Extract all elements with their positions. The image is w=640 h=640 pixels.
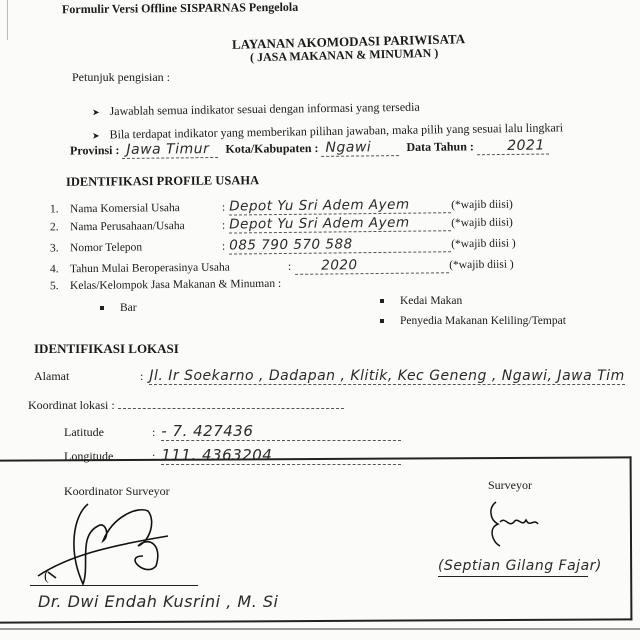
page-bottom-edge xyxy=(0,628,640,630)
surveyor-label: Surveyor xyxy=(488,478,532,493)
tahun-label: Data Tahun : xyxy=(406,139,474,154)
latitude-input[interactable]: - 7. 427436 xyxy=(161,422,401,441)
region-row: Provinsi : Jawa Timur Kota/Kabupaten : N… xyxy=(70,137,553,159)
field-nama-perusahaan: 2.Nama Perusahaan/Usaha:Depot Yu Sri Ade… xyxy=(50,214,513,236)
location-heading: IDENTIFIKASI LOKASI xyxy=(34,341,179,357)
alamat-input[interactable]: Jl. Ir Soekarno , Dadapan , Klitik, Kec … xyxy=(149,368,624,385)
field-kelas: 5.Kelas/Kelompok Jasa Makanan & Minuman … xyxy=(50,278,281,292)
arrow-bullet-icon: ➤ xyxy=(92,107,100,118)
provinsi-label: Provinsi : xyxy=(70,143,120,158)
provinsi-field[interactable]: Jawa Timur xyxy=(122,141,218,159)
nomor-telepon-input[interactable]: 085 790 570 588 xyxy=(229,235,451,254)
koordinat-input[interactable] xyxy=(118,398,344,409)
tahun-mulai-input[interactable]: 2020 xyxy=(295,256,449,275)
nama-perusahaan-input[interactable]: Depot Yu Sri Adem Ayem xyxy=(229,214,451,233)
instruction-item: ➤Jawablah semua indikator sesuai dengan … xyxy=(92,100,420,120)
kota-label: Kota/Kabupaten : xyxy=(225,141,318,156)
field-alamat: Alamat:Jl. Ir Soekarno , Dadapan , Kliti… xyxy=(34,368,625,385)
instructions-label: Petunjuk pengisian : xyxy=(72,70,170,85)
form-subtitle: ( JASA MAKANAN & MINUMAN ) xyxy=(250,46,439,66)
option-penyedia-makanan[interactable]: Penyedia Makanan Keliling/Tempat xyxy=(380,315,566,327)
coordinator-name: Dr. Dwi Endah Kusrini , M. Si xyxy=(38,592,278,611)
bullet-icon xyxy=(380,299,384,303)
bullet-icon xyxy=(380,319,384,323)
svg-text:(: ( xyxy=(44,569,49,584)
field-nomor-telepon: 3.Nomor Telepon:085 790 570 588(*wajib d… xyxy=(50,235,516,257)
kota-field[interactable]: Ngawi xyxy=(321,139,399,157)
profile-heading: IDENTIFIKASI PROFILE USAHA xyxy=(66,173,259,190)
option-bar[interactable]: Bar xyxy=(100,302,137,314)
tahun-field[interactable]: 2021 xyxy=(477,138,549,156)
page-edge xyxy=(7,0,8,40)
field-koordinat: Koordinat lokasi : xyxy=(28,398,344,413)
surveyor-name: (Septian Gilang Fajar) xyxy=(438,558,588,577)
field-tahun-mulai: 4.Tahun Mulai Beroperasinya Usaha:2020(*… xyxy=(50,256,514,278)
coordinator-signature: ) ( xyxy=(28,496,178,588)
field-latitude: Latitude:- 7. 427436 xyxy=(64,422,401,441)
bullet-icon xyxy=(100,306,104,310)
arrow-bullet-icon: ➤ xyxy=(92,131,100,142)
nama-komersial-input[interactable]: Depot Yu Sri Adem Ayem xyxy=(229,196,451,215)
form-header: Formulir Versi Offline SISPARNAS Pengelo… xyxy=(62,0,298,17)
surveyor-signature xyxy=(478,498,548,550)
option-kedai-makan[interactable]: Kedai Makan xyxy=(380,295,462,307)
coordinator-sign-line xyxy=(30,585,198,586)
